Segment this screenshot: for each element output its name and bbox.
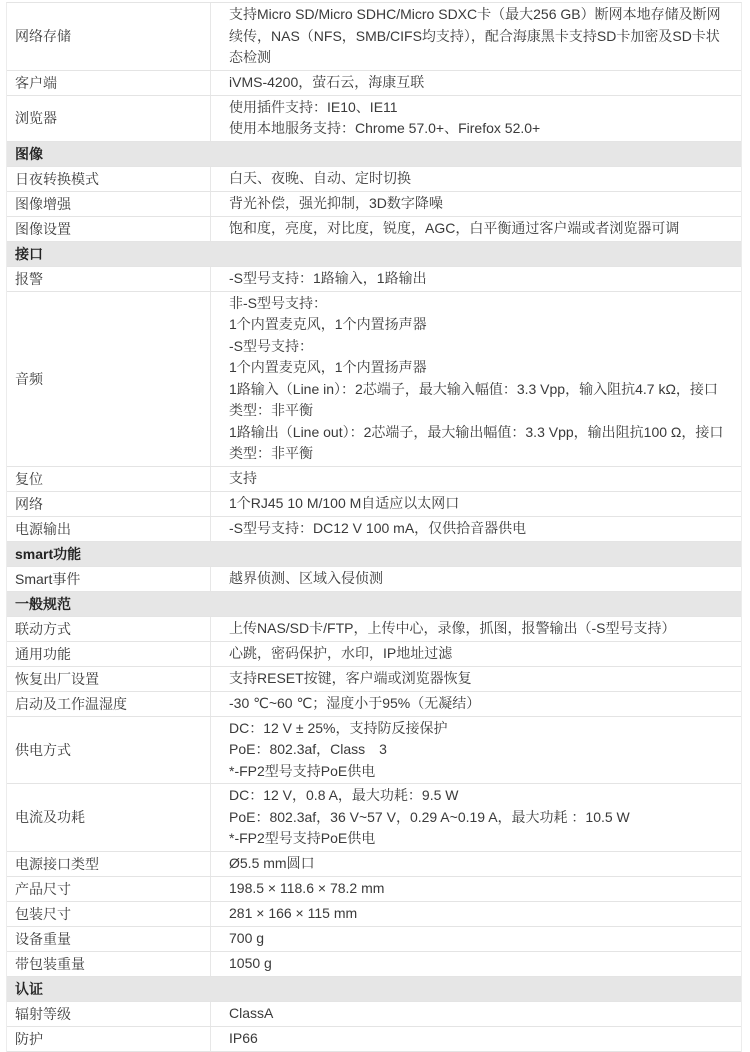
- spec-label: Smart事件: [7, 567, 211, 591]
- section-title: 认证: [15, 981, 43, 997]
- spec-label: 图像设置: [7, 217, 211, 241]
- spec-label: 产品尺寸: [7, 877, 211, 901]
- spec-label-text: 报警: [15, 269, 43, 289]
- spec-value-line: 越界侦测、区域入侵侦测: [229, 568, 727, 590]
- spec-label: 恢复出厂设置: [7, 667, 211, 691]
- spec-value-line: DC：12 V ± 25%，支持防反接保护: [229, 718, 727, 740]
- section-title: 一般规范: [15, 596, 71, 612]
- spec-value: 白天、夜晚、自动、定时切换: [211, 167, 741, 191]
- spec-row: Smart事件越界侦测、区域入侵侦测: [7, 567, 741, 592]
- spec-value-line: 支持Micro SD/Micro SDHC/Micro SDXC卡（最大256 …: [229, 4, 727, 69]
- spec-value-line: 白天、夜晚、自动、定时切换: [229, 168, 727, 190]
- spec-value: 越界侦测、区域入侵侦测: [211, 567, 741, 591]
- spec-label-text: 网络存储: [15, 26, 71, 46]
- spec-label-text: 浏览器: [15, 108, 57, 128]
- spec-value-line: 1050 g: [229, 953, 727, 975]
- spec-table: 网络存储支持Micro SD/Micro SDHC/Micro SDXC卡（最大…: [6, 2, 742, 1002]
- spec-value: 1个RJ45 10 M/100 M自适应以太网口: [211, 492, 741, 516]
- spec-label-text: 供电方式: [15, 740, 71, 760]
- spec-value-line: 700 g: [229, 928, 727, 950]
- spec-label: 客户端: [7, 71, 211, 95]
- spec-row: 客户端iVMS-4200，萤石云，海康互联: [7, 71, 741, 96]
- spec-value-line: -S型号支持：1路输入，1路输出: [229, 268, 727, 290]
- spec-label: 电流及功耗: [7, 784, 211, 851]
- spec-label-text: 带包装重量: [15, 954, 85, 974]
- spec-label: 音频: [7, 292, 211, 466]
- spec-row: 电流及功耗DC：12 V，0.8 A，最大功耗：9.5 WPoE：802.3af…: [7, 784, 741, 852]
- spec-row: 电源接口类型Ø5.5 mm圆口: [7, 852, 741, 877]
- spec-value: 支持RESET按键，客户端或浏览器恢复: [211, 667, 741, 691]
- spec-row: 浏览器使用插件支持：IE10、IE11使用本地服务支持：Chrome 57.0+…: [7, 96, 741, 142]
- spec-row: 供电方式DC：12 V ± 25%，支持防反接保护PoE：802.3af，Cla…: [7, 717, 741, 785]
- spec-value-line: 281 × 166 × 115 mm: [229, 903, 727, 925]
- spec-label-text: 恢复出厂设置: [15, 669, 99, 689]
- spec-row: 恢复出厂设置支持RESET按键，客户端或浏览器恢复: [7, 667, 741, 692]
- spec-value: 使用插件支持：IE10、IE11使用本地服务支持：Chrome 57.0+、Fi…: [211, 96, 741, 141]
- spec-label-text: 日夜转换模式: [15, 169, 99, 189]
- spec-value: -30 ℃~60 ℃；湿度小于95%（无凝结）: [211, 692, 741, 716]
- spec-row: 报警-S型号支持：1路输入，1路输出: [7, 267, 741, 292]
- spec-value-line: *-FP2型号支持PoE供电: [229, 761, 727, 783]
- spec-value: 心跳，密码保护，水印，IP地址过滤: [211, 642, 741, 666]
- spec-value-line: 非-S型号支持：: [229, 293, 727, 315]
- spec-value-line: 1个RJ45 10 M/100 M自适应以太网口: [229, 493, 727, 515]
- spec-value-line: -S型号支持：DC12 V 100 mA，仅供拾音器供电: [229, 518, 727, 540]
- spec-label: 浏览器: [7, 96, 211, 141]
- spec-value-line: 饱和度，亮度，对比度，锐度，AGC，白平衡通过客户端或者浏览器可调: [229, 218, 727, 240]
- spec-value: 饱和度，亮度，对比度，锐度，AGC，白平衡通过客户端或者浏览器可调: [211, 217, 741, 241]
- spec-value: 支持Micro SD/Micro SDHC/Micro SDXC卡（最大256 …: [211, 3, 741, 70]
- spec-label: 图像增强: [7, 192, 211, 216]
- spec-label-text: 启动及工作温湿度: [15, 694, 127, 714]
- spec-value-line: 心跳，密码保护，水印，IP地址过滤: [229, 643, 727, 665]
- spec-label-text: Smart事件: [15, 569, 80, 589]
- spec-label-text: 通用功能: [15, 644, 71, 664]
- section-header-row: 一般规范: [7, 592, 741, 617]
- section-title: 接口: [15, 246, 43, 262]
- spec-label-text: 电流及功耗: [15, 807, 85, 827]
- spec-value-line: 支持: [229, 468, 727, 490]
- spec-row: 图像设置饱和度，亮度，对比度，锐度，AGC，白平衡通过客户端或者浏览器可调: [7, 217, 741, 242]
- spec-label-text: 产品尺寸: [15, 879, 71, 899]
- spec-label-text: 图像设置: [15, 219, 71, 239]
- spec-row: 图像增强背光补偿，强光抑制，3D数字降噪: [7, 192, 741, 217]
- spec-row: 通用功能心跳，密码保护，水印，IP地址过滤: [7, 642, 741, 667]
- spec-label: 联动方式: [7, 617, 211, 641]
- spec-value-line: iVMS-4200，萤石云，海康互联: [229, 72, 727, 94]
- spec-label: 启动及工作温湿度: [7, 692, 211, 716]
- spec-value: 1050 g: [211, 952, 741, 976]
- section-title: 图像: [15, 146, 43, 162]
- spec-label: 电源输出: [7, 517, 211, 541]
- spec-value: 支持: [211, 467, 741, 491]
- spec-value-line: 198.5 × 118.6 × 78.2 mm: [229, 878, 727, 900]
- spec-row: 音频非-S型号支持：1个内置麦克风，1个内置扬声器-S型号支持：1个内置麦克风，…: [7, 292, 741, 467]
- spec-value: DC：12 V ± 25%，支持防反接保护PoE：802.3af，Class 3…: [211, 717, 741, 784]
- spec-value: DC：12 V，0.8 A，最大功耗：9.5 WPoE：802.3af，36 V…: [211, 784, 741, 851]
- spec-row: 带包装重量1050 g: [7, 952, 741, 977]
- spec-value: 700 g: [211, 927, 741, 951]
- spec-row: 包装尺寸281 × 166 × 115 mm: [7, 902, 741, 927]
- spec-label: 网络: [7, 492, 211, 516]
- spec-value-line: 使用插件支持：IE10、IE11: [229, 97, 727, 119]
- spec-value: 非-S型号支持：1个内置麦克风，1个内置扬声器-S型号支持：1个内置麦克风，1个…: [211, 292, 741, 466]
- spec-row: 网络存储支持Micro SD/Micro SDHC/Micro SDXC卡（最大…: [7, 3, 741, 71]
- spec-label: 包装尺寸: [7, 902, 211, 926]
- spec-label: 报警: [7, 267, 211, 291]
- spec-value-line: -30 ℃~60 ℃；湿度小于95%（无凝结）: [229, 693, 727, 715]
- spec-label-text: 网络: [15, 494, 43, 514]
- spec-label: 电源接口类型: [7, 852, 211, 876]
- spec-value-line: 1路输入（Line in）：2芯端子，最大输入幅值：3.3 Vpp，输入阻抗4.…: [229, 379, 727, 422]
- spec-row: 联动方式上传NAS/SD卡/FTP，上传中心，录像，抓图，报警输出（-S型号支持…: [7, 617, 741, 642]
- spec-value-line: 1个内置麦克风，1个内置扬声器: [229, 357, 727, 379]
- spec-row: 电源输出-S型号支持：DC12 V 100 mA，仅供拾音器供电: [7, 517, 741, 542]
- spec-label: 日夜转换模式: [7, 167, 211, 191]
- spec-value-line: PoE：802.3af，Class 3: [229, 739, 727, 761]
- spec-label-text: 电源接口类型: [15, 854, 99, 874]
- spec-row: 日夜转换模式白天、夜晚、自动、定时切换: [7, 167, 741, 192]
- spec-label-text: 电源输出: [15, 519, 71, 539]
- spec-row: 复位支持: [7, 467, 741, 492]
- spec-row: 网络1个RJ45 10 M/100 M自适应以太网口: [7, 492, 741, 517]
- section-header-row: 认证: [7, 977, 741, 1002]
- spec-value-line: -S型号支持：: [229, 336, 727, 358]
- spec-value-line: PoE：802.3af，36 V~57 V，0.29 A~0.19 A，最大功耗…: [229, 807, 727, 829]
- spec-label-text: 复位: [15, 469, 43, 489]
- spec-label: 设备重量: [7, 927, 211, 951]
- spec-label-text: 客户端: [15, 73, 57, 93]
- spec-label-text: 音频: [15, 369, 43, 389]
- spec-value-line: 支持RESET按键，客户端或浏览器恢复: [229, 668, 727, 690]
- spec-label: 复位: [7, 467, 211, 491]
- spec-value: -S型号支持：1路输入，1路输出: [211, 267, 741, 291]
- spec-value-line: 1个内置麦克风，1个内置扬声器: [229, 314, 727, 336]
- spec-value-line: Ø5.5 mm圆口: [229, 853, 727, 875]
- spec-row: 产品尺寸198.5 × 118.6 × 78.2 mm: [7, 877, 741, 902]
- spec-label: 供电方式: [7, 717, 211, 784]
- section-header-row: 接口: [7, 242, 741, 267]
- spec-label-text: 图像增强: [15, 194, 71, 214]
- spec-value: iVMS-4200，萤石云，海康互联: [211, 71, 741, 95]
- spec-label-text: 包装尺寸: [15, 904, 71, 924]
- spec-label-text: 联动方式: [15, 619, 71, 639]
- spec-value-line: DC：12 V，0.8 A，最大功耗：9.5 W: [229, 785, 727, 807]
- spec-label: 通用功能: [7, 642, 211, 666]
- section-header-row: 图像: [7, 142, 741, 167]
- section-header-row: smart功能: [7, 542, 741, 567]
- spec-value-line: 1路输出（Line out）：2芯端子，最大输出幅值：3.3 Vpp，输出阻抗1…: [229, 422, 727, 465]
- spec-value-line: *-FP2型号支持PoE供电: [229, 828, 727, 850]
- spec-value: 背光补偿，强光抑制，3D数字降噪: [211, 192, 741, 216]
- spec-value: 198.5 × 118.6 × 78.2 mm: [211, 877, 741, 901]
- spec-value: 上传NAS/SD卡/FTP，上传中心，录像，抓图，报警输出（-S型号支持）: [211, 617, 741, 641]
- section-title: smart功能: [15, 546, 81, 562]
- spec-row: 启动及工作温湿度-30 ℃~60 ℃；湿度小于95%（无凝结）: [7, 692, 741, 717]
- spec-label: 网络存储: [7, 3, 211, 70]
- spec-value: Ø5.5 mm圆口: [211, 852, 741, 876]
- spec-value-line: 背光补偿，强光抑制，3D数字降噪: [229, 193, 727, 215]
- spec-value: 281 × 166 × 115 mm: [211, 902, 741, 926]
- spec-row: 设备重量700 g: [7, 927, 741, 952]
- spec-label: 带包装重量: [7, 952, 211, 976]
- spec-value-line: 上传NAS/SD卡/FTP，上传中心，录像，抓图，报警输出（-S型号支持）: [229, 618, 727, 640]
- spec-value-line: 使用本地服务支持：Chrome 57.0+、Firefox 52.0+: [229, 118, 727, 140]
- spec-value: -S型号支持：DC12 V 100 mA，仅供拾音器供电: [211, 517, 741, 541]
- spec-label-text: 设备重量: [15, 929, 71, 949]
